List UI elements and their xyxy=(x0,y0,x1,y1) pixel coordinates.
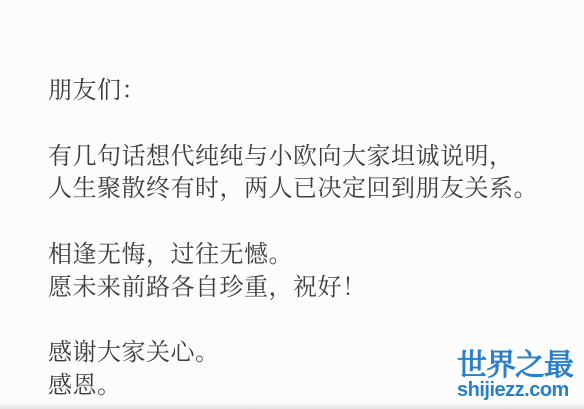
letter-paragraph-1: 有几句话想代纯纯与小欧向大家坦诚说明， 人生聚散终有时，两人已决定回到朋友关系。 xyxy=(48,141,538,207)
watermark-site-domain: shijiezz.com xyxy=(457,381,569,400)
letter-paragraph-2: 相逢无悔，过往无憾。 愿未来前路各自珍重，祝好！ xyxy=(48,239,538,305)
letter-image: 朋友们： 有几句话想代纯纯与小欧向大家坦诚说明， 人生聚散终有时，两人已决定回到… xyxy=(0,0,584,409)
watermark: 世界之最 shijiezz.com xyxy=(457,350,573,400)
letter-line: 有几句话想代纯纯与小欧向大家坦诚说明， xyxy=(48,141,538,174)
letter-line: 人生聚散终有时，两人已决定回到朋友关系。 xyxy=(48,173,538,206)
watermark-site-name: 世界之最 xyxy=(457,350,573,381)
letter-line: 愿未来前路各自珍重，祝好！ xyxy=(48,272,538,305)
letter-salutation: 朋友们： xyxy=(48,75,538,108)
letter-line: 相逢无悔，过往无憾。 xyxy=(48,239,538,272)
